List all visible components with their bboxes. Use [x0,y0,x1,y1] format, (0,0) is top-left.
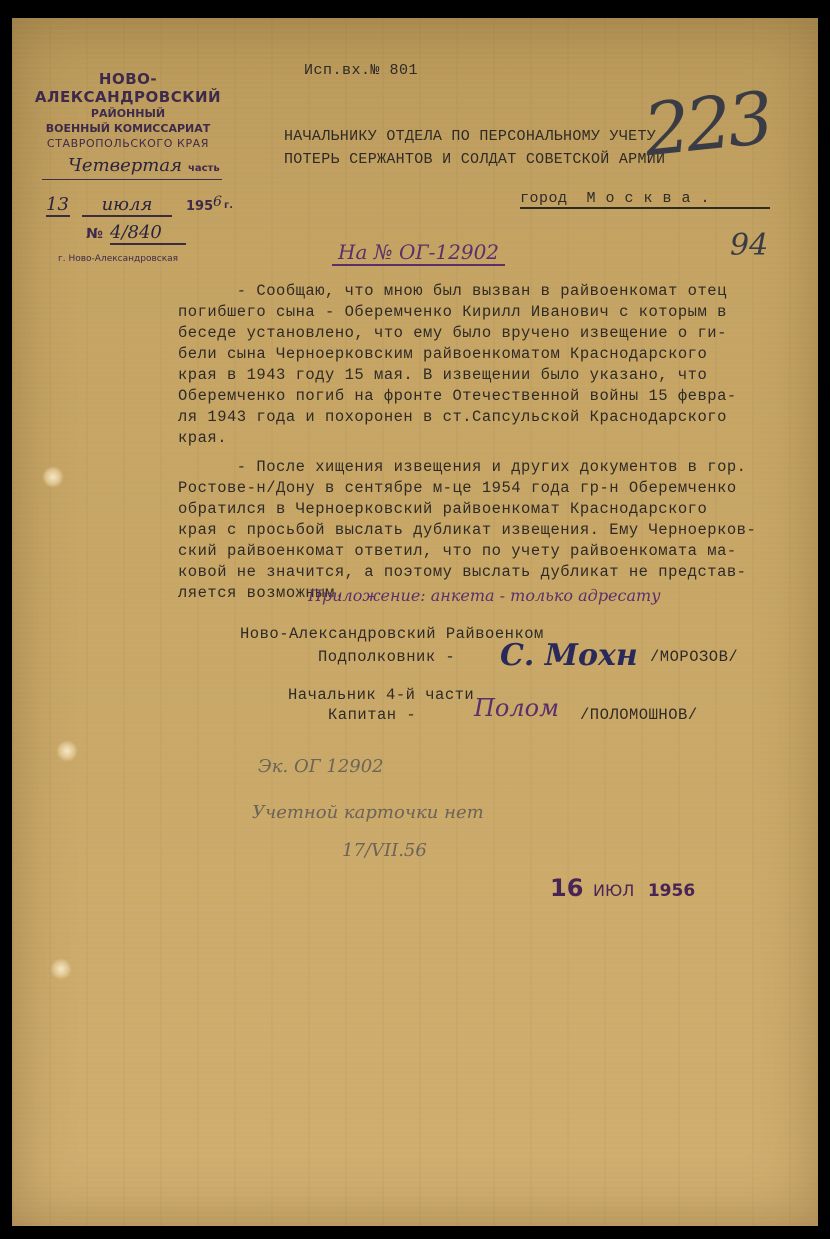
body-line: беседе установлено, что ему было вручено… [178,323,756,344]
body-line: бели сына Черноерковским райвоенкоматом … [178,344,756,365]
stamp-part-label: часть [188,163,220,174]
stamp-day: 13 [46,194,70,217]
stamp-number: 4/840 [110,222,186,245]
pencil-note-line1: Эк. ОГ 12902 [258,756,384,777]
received-day: 16 [550,874,583,902]
received-date-stamp: 16 ИЮЛ 1956 [550,874,695,902]
stamp-date-row: 13 июля 195 6 г. [40,194,235,218]
body-line: ля 1943 года и похоронен в ст.Сапсульско… [178,407,756,428]
registration-number-handwritten: 223 [640,76,774,173]
document-page: НОВО-АЛЕКСАНДРОВСКИЙ РАЙОННЫЙ ВОЕННЫЙ КО… [12,18,818,1226]
stamp-number-row: № 4/840 [86,222,206,246]
body-line: - После хищения извещения и других докум… [178,457,756,478]
received-month: ИЮЛ [593,881,634,900]
pencil-note-line3: 17/VII.56 [342,840,427,861]
stamp-town: г. Ново-Александровская [58,254,178,264]
body-line: - Сообщаю, что мною был вызван в райвоен… [178,281,756,302]
punch-hole [50,958,72,980]
addressee-line1: НАЧАЛЬНИКУ ОТДЕЛА ПО ПЕРСОНАЛЬНОМУ УЧЕТУ [284,128,656,145]
signature-title2: Начальник 4-й части [288,686,474,704]
addressee-city: город М о с к в а . [520,190,770,209]
body-line: Оберемченко погиб на фронте Отечественно… [178,386,756,407]
signature-name2: /ПОЛОМОШНОВ/ [580,706,698,724]
body-line: обратился в Черноерковский райвоенкомат … [178,499,756,520]
signature-rank1: Подполковник - [318,648,455,666]
body-line: ковой не значится, а поэтому выслать дуб… [178,562,756,583]
signature-name1: /МОРОЗОВ/ [650,648,738,666]
stamp-line4: СТАВРОПОЛЬСКОГО КРАЯ [14,137,242,150]
reply-reference: На № ОГ-12902 [332,240,505,266]
stamp-line1: НОВО-АЛЕКСАНДРОВСКИЙ [14,70,242,106]
enclosure-note: Приложение: анкета - только адресату [308,586,660,605]
stamp-line2: РАЙОННЫЙ [14,107,242,120]
punch-hole [56,740,78,762]
stamp-part-handwritten: Четвертая [68,155,182,176]
stamp-number-label: № [86,226,103,242]
body-line: края с просьбой выслать дубликат извещен… [178,520,756,541]
body-line: погибшего сына - Оберемченко Кирилл Иван… [178,302,756,323]
page-number: 94 [730,228,768,263]
received-year: 1956 [648,881,695,901]
stamp-part-row: Четвертая часть [42,155,222,180]
body-line: края в 1943 году 15 мая. В извещении был… [178,365,756,386]
addressee-line2: ПОТЕРЬ СЕРЖАНТОВ И СОЛДАТ СОВЕТСКОЙ АРМИ… [284,151,665,168]
signature-handwritten-2: Полом [474,694,559,722]
body-line: ский райвоенкомат ответил, что по учету … [178,541,756,562]
signature-org: Ново-Александровский Райвоенком [240,625,544,643]
outgoing-reference: Исп.вх.№ 801 [304,62,418,79]
stamp-line3: ВОЕННЫЙ КОМИССАРИАТ [14,122,242,135]
stamp-year-prefix: 195 [186,199,213,214]
stamp-month: июля [82,194,172,217]
pencil-note-line2: Учетной карточки нет [252,802,484,823]
signature-rank2: Капитан - [328,706,416,724]
stamp-year-suffix: 6 [213,194,222,210]
letter-body: - Сообщаю, что мною был вызван в райвоен… [178,281,756,604]
stamp-year-label: г. [224,200,233,211]
punch-hole [42,466,64,488]
signature-handwritten-1: С. Мохн [500,638,638,673]
body-line: края. [178,428,756,449]
body-line: Ростове-н/Дону в сентябре м-це 1954 года… [178,478,756,499]
registration-stamp: НОВО-АЛЕКСАНДРОВСКИЙ РАЙОННЫЙ ВОЕННЫЙ КО… [14,70,242,150]
